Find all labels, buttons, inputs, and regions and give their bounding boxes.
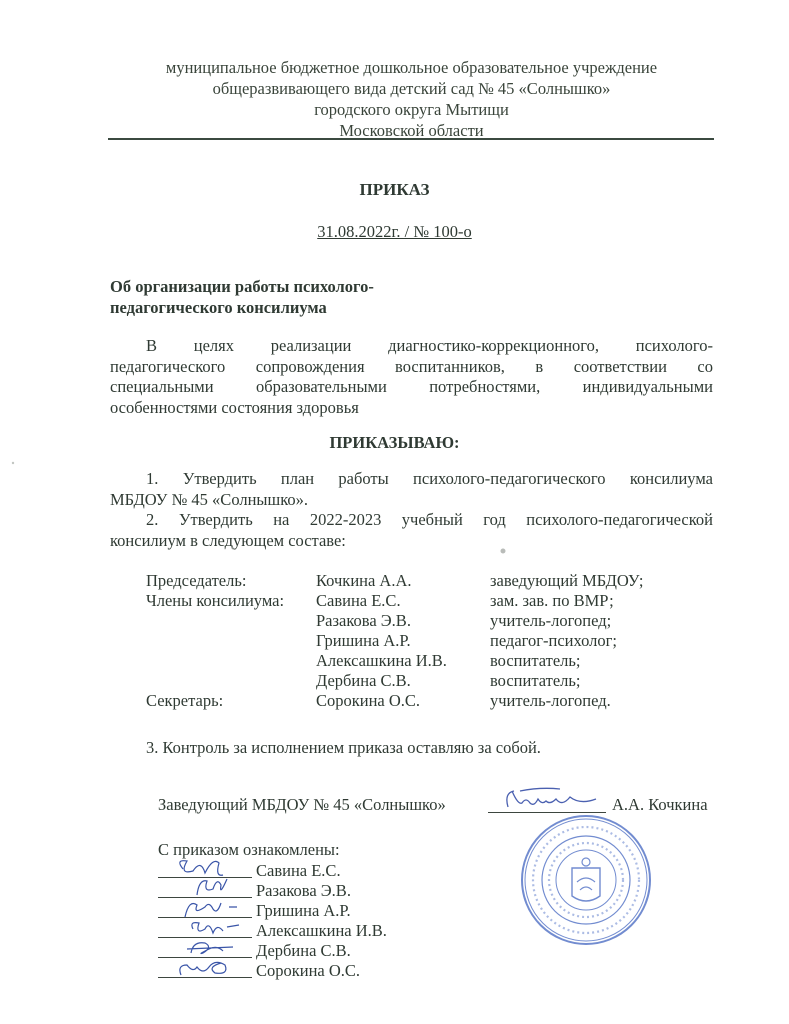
directive-heading: ПРИКАЗЫВАЮ: (0, 433, 789, 453)
composition-position: педагог-психолог; (490, 631, 617, 651)
preamble-line-1: В целях реализации диагностико-коррекцио… (110, 336, 713, 357)
item-1-line-2: МБДОУ № 45 «Солнышко». (110, 490, 713, 511)
composition-name: Дербина С.В. (316, 671, 411, 691)
preamble-line-3: специальными образовательными потребност… (110, 377, 713, 398)
acknowledged-name: Гришина А.Р. (256, 901, 351, 921)
composition-position: учитель-логопед; (490, 611, 611, 631)
institution-header: муниципальное бюджетное дошкольное образ… (110, 57, 713, 141)
item-3: 3. Контроль за исполнением приказа остав… (146, 738, 541, 758)
composition-position: воспитатель; (490, 651, 581, 671)
composition-role: Председатель: (146, 571, 246, 591)
order-date-number: 31.08.2022г. / № 100-о (0, 222, 789, 242)
director-title: Заведующий МБДОУ № 45 «Солнышко» (158, 795, 446, 814)
document-title: ПРИКАЗ (0, 180, 789, 200)
scan-speck-icon (498, 546, 508, 556)
header-divider (108, 138, 714, 140)
header-line-3: городского округа Мытищи (110, 99, 713, 120)
item-2-line-1: 2. Утвердить на 2022-2023 учебный год пс… (110, 510, 713, 531)
preamble-line-2: педагогического сопровождения воспитанни… (110, 357, 713, 378)
subject-line-1: Об организации работы психолого- (110, 276, 374, 297)
acknowledged-name: Алексашкина И.В. (256, 921, 387, 941)
composition-role: Секретарь: (146, 691, 223, 711)
item-1-line-1: 1. Утвердить план работы психолого-педаг… (110, 469, 713, 490)
composition-name: Савина Е.С. (316, 591, 401, 611)
composition-position: воспитатель; (490, 671, 581, 691)
subject-line-2: педагогического консилиума (110, 297, 374, 318)
preamble-line-4: особенностями состояния здоровья (110, 398, 713, 419)
acknowledged-name: Савина Е.С. (256, 861, 341, 881)
acknowledged-name: Разакова Э.В. (256, 881, 351, 901)
order-subject: Об организации работы психолого- педагог… (110, 276, 374, 318)
acknowledged-name: Сорокина О.С. (256, 961, 360, 981)
composition-name: Алексашкина И.В. (316, 651, 447, 671)
composition-name: Сорокина О.С. (316, 691, 420, 711)
composition-position: зам. зав. по ВМР; (490, 591, 614, 611)
handwritten-signature-icon (163, 955, 253, 981)
composition-position: учитель-логопед. (490, 691, 611, 711)
composition-name: Кочкина А.А. (316, 571, 412, 591)
composition-name: Гришина А.Р. (316, 631, 411, 651)
composition-role: Члены консилиума: (146, 591, 284, 611)
order-items: 1. Утвердить план работы психолого-педаг… (110, 469, 713, 551)
header-line-1: муниципальное бюджетное дошкольное образ… (110, 57, 713, 78)
acknowledged-name: Дербина С.В. (256, 941, 351, 961)
date-number-text: 31.08.2022г. / № 100-о (317, 222, 471, 241)
composition-position: заведующий МБДОУ; (490, 571, 644, 591)
header-line-2: общеразвивающего вида детский сад № 45 «… (110, 78, 713, 99)
director-signature-icon (500, 785, 610, 815)
scan-speck-icon (10, 460, 16, 466)
composition-name: Разакова Э.В. (316, 611, 411, 631)
item-2-line-2: консилиум в следующем составе: (110, 531, 713, 552)
director-signature-block: Заведующий МБДОУ № 45 «Солнышко» (158, 795, 446, 815)
official-stamp-icon (514, 810, 664, 950)
director-name: А.А. Кочкина (612, 795, 708, 815)
preamble: В целях реализации диагностико-коррекцио… (110, 336, 713, 418)
